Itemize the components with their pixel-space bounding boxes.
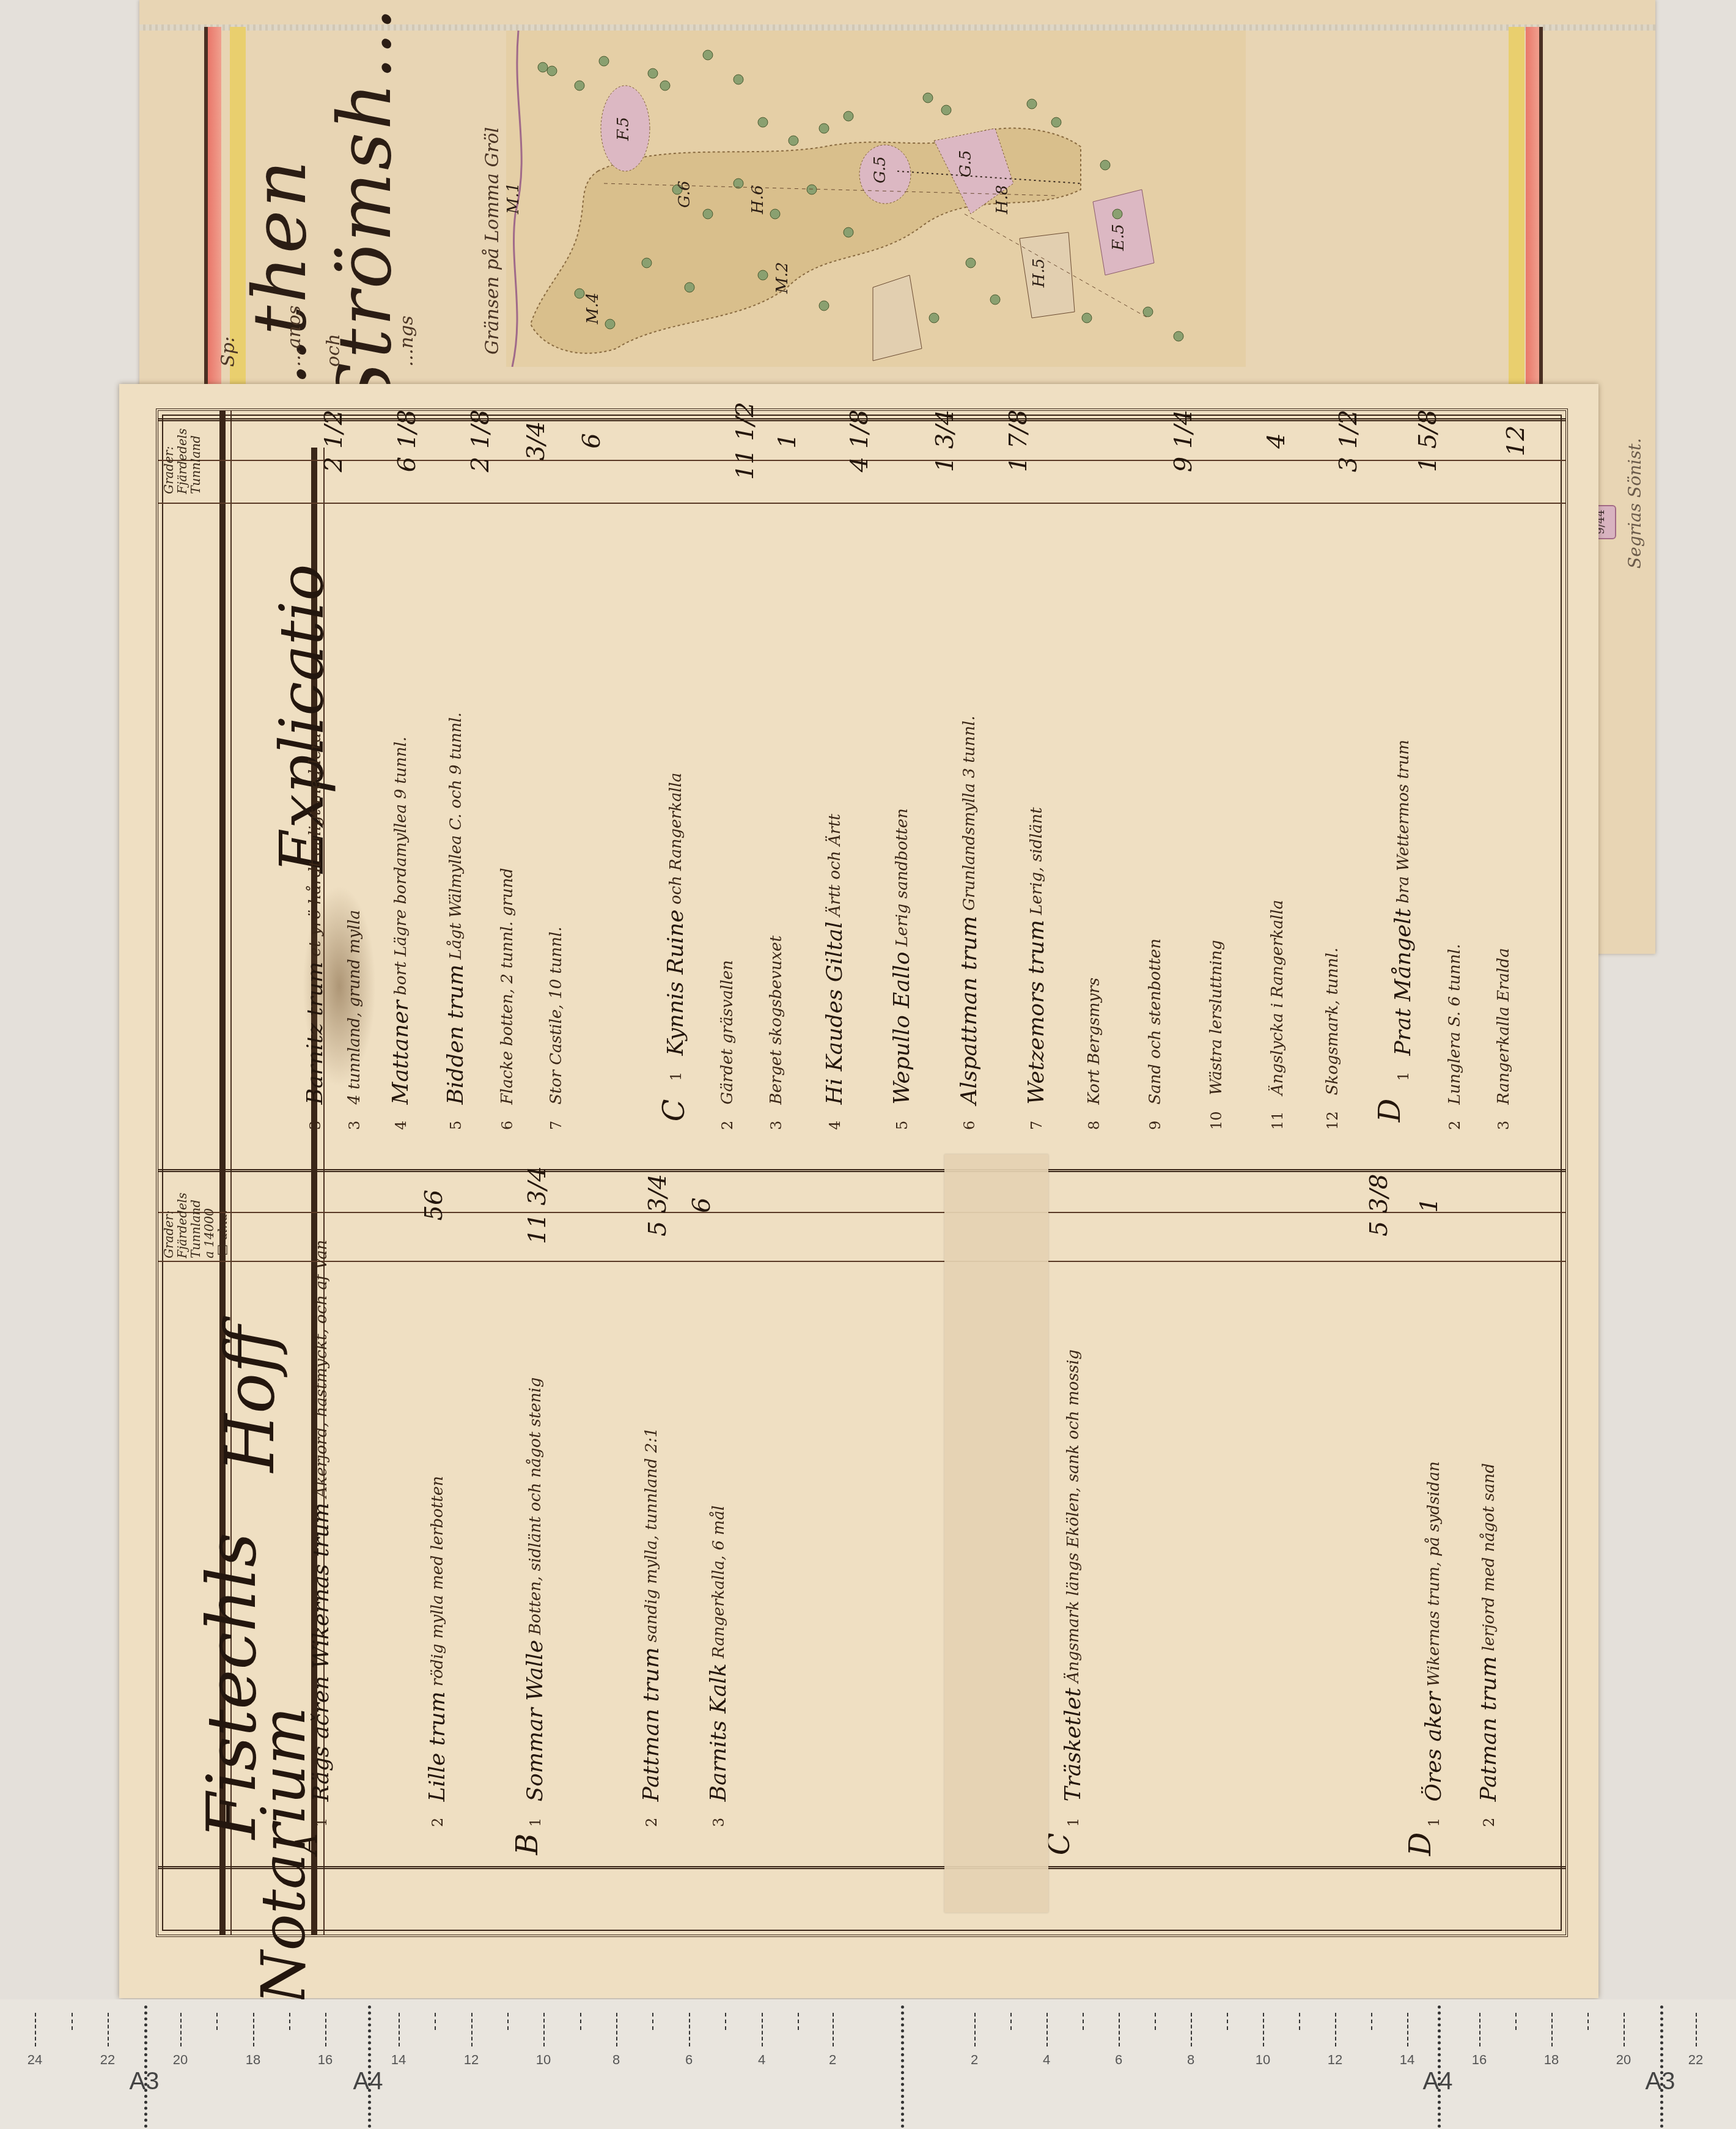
- ruler-tick-label: 14: [391, 2052, 406, 2068]
- ledger-entry: 6 Alspattman trum Grunlandsmylla 3 tunnl…: [957, 470, 982, 1130]
- ruler-tick-label: 4: [758, 2052, 765, 2068]
- svg-text:G.5: G.5: [871, 156, 889, 183]
- ledger-entry: 7 Wetzemors trum Lerig, sidlänt: [1024, 470, 1049, 1130]
- ruler-tick-label: 4: [1043, 2052, 1050, 2068]
- ledger-entry: 5 Wepullo Eallo Lerig sandbotten: [889, 470, 914, 1130]
- ruler-tick-label: 12: [1328, 2052, 1342, 2068]
- svg-text:H.5: H.5: [1030, 259, 1048, 288]
- area-value: 1: [1415, 1197, 1443, 1212]
- ruler-tick-label: 2: [971, 2052, 978, 2068]
- ruler-tick-label: 18: [246, 2052, 260, 2068]
- section-letter-d: D: [1373, 1099, 1407, 1122]
- ledger-entry: 4 Hi Kaudes Giltal Ärtt och Ärtt: [822, 470, 847, 1130]
- ruler-tick-label: 8: [1187, 2052, 1194, 2068]
- map-note: …anos: [284, 281, 305, 367]
- ledger-entry: 3 Berget skogsbevuxet: [767, 470, 785, 1130]
- ledger-entry: 2 Lunglera S. 6 tunnl.: [1446, 470, 1464, 1130]
- map-side-label: Segrias Sönist.: [1625, 422, 1645, 569]
- ruler-tick-label: 16: [318, 2052, 333, 2068]
- area-value: 2 1/8: [466, 410, 495, 473]
- area-value: 1 5/8: [1414, 410, 1442, 473]
- ruler-tick-label: 12: [464, 2052, 479, 2068]
- ledger-entry: 3 Rangerkalla Eralda: [1495, 470, 1513, 1130]
- svg-text:E.5: E.5: [1109, 224, 1128, 251]
- ledger-entry: 2 Patman trum lerjord med något sand: [1476, 1240, 1501, 1827]
- ruler-tick-label: 24: [28, 2052, 42, 2068]
- ruler-tick-label: 14: [1400, 2052, 1414, 2068]
- ruler-size-label: A3: [1646, 2068, 1675, 2095]
- area-value: 5 3/4: [644, 1174, 672, 1237]
- area-value: 56: [420, 1190, 448, 1221]
- ledger-entry: 9 Sand och stenbotten: [1146, 470, 1164, 1130]
- svg-text:G.6: G.6: [675, 180, 694, 208]
- area-value: 1: [773, 433, 801, 448]
- values-row-rule: [158, 1261, 1565, 1262]
- svg-text:F.5: F.5: [614, 117, 633, 141]
- ledger-frame: [156, 408, 1568, 1937]
- area-value: 4: [1262, 433, 1290, 448]
- area-value: 3 1/2: [1334, 410, 1363, 473]
- svg-text:G.5: G.5: [957, 150, 975, 177]
- ruler-tick-label: 8: [612, 2052, 620, 2068]
- section-letter-b: B: [510, 1833, 545, 1854]
- ledger-entry: 3 Barnitz trum et yrö hårdt anligt med l…: [303, 470, 328, 1130]
- ledger-entry: 1 Prat Mångelt bra Wettermos trum: [1391, 470, 1416, 1081]
- ruler-tick-label: 20: [173, 2052, 188, 2068]
- ledger-entry: 2 Lille trum rödig mylla med lerbotten: [425, 1240, 450, 1827]
- ledger-entry: 8 Kort Bergsmyrs: [1085, 470, 1103, 1130]
- area-value: 1 7/8: [1004, 410, 1032, 473]
- paper-repair-patch: [944, 1154, 1048, 1913]
- area-value: 6 1/8: [393, 410, 421, 473]
- right-grades-note: Grader: Fjärdedels Tunnland: [162, 421, 202, 494]
- svg-text:M.4: M.4: [584, 293, 602, 325]
- area-value: 3/4: [522, 421, 550, 460]
- center-mark: [901, 2005, 904, 2128]
- ruler-size-label: A4: [353, 2068, 383, 2095]
- ledger-entry: 11 Ängslycka i Rangerkalla: [1268, 470, 1287, 1130]
- area-value: 2 1/2: [320, 410, 348, 473]
- ledger-entry: 2 Pattman trum sandig mylla, tunnland 2:…: [639, 1240, 664, 1827]
- a4-mark: [1438, 2005, 1441, 2128]
- ruler-tick-label: 10: [536, 2052, 551, 2068]
- map-drawing: M.1 F.5 G.5 H.6 G.6 G.5 H.5 H.8 M.2 M.4 …: [506, 31, 1246, 367]
- map-note-boundary: Gränsen på Lomma Gröl: [482, 37, 503, 355]
- a3-mark: [144, 2005, 147, 2128]
- ledger-entry: 2 Gärdet gräsvallen: [718, 470, 737, 1130]
- ruler-tick-label: 10: [1256, 2052, 1270, 2068]
- ledger-entry: 5 Bidden trum Lågt Wälmyllea C. och 9 tu…: [443, 470, 468, 1130]
- ledger-entry: 4 Mattaner bort Lägre bordamyllea 9 tunn…: [388, 470, 413, 1130]
- ledger-entry: 3 4 tunnland, grund mylla: [345, 470, 364, 1130]
- ledger-entry: 1 Öres aker Wikernas trum, på sydsidan: [1421, 1240, 1446, 1827]
- svg-text:H.6: H.6: [749, 185, 767, 215]
- ledger-entry: 3 Barnits Kalk Rangerkalla, 6 mål: [706, 1240, 731, 1827]
- ledger-entry: 10 Wästra lersluttning: [1207, 470, 1226, 1130]
- area-value: 11 1/2: [731, 402, 759, 480]
- a4-mark: [368, 2005, 371, 2128]
- svg-text:M.2: M.2: [773, 262, 792, 294]
- ledger-entry: 1 Kynnis Ruine och Rangerkalla: [663, 470, 688, 1081]
- area-value: 4 1/8: [845, 410, 874, 473]
- ledger-entry: 1 Rägs ačren Wikernas trum Åkerjord, häs…: [309, 1240, 334, 1827]
- values-row-rule: [158, 1212, 1565, 1213]
- area-value: 9 1/4: [1169, 410, 1197, 473]
- ledger-entry: 6 Flacke botten, 2 tunnl. grund: [498, 470, 517, 1130]
- area-value: 11 3/4: [523, 1166, 551, 1244]
- ruler-tick-label: 22: [1688, 2052, 1703, 2068]
- map-note: …ngs: [396, 281, 417, 367]
- a3-mark: [1660, 2005, 1663, 2128]
- map-note: och: [323, 306, 344, 367]
- section-letter-a: A: [290, 1834, 324, 1855]
- ruler-tick-label: 18: [1544, 2052, 1559, 2068]
- map-note: Sp:: [218, 293, 239, 367]
- area-value: 5 3/8: [1365, 1174, 1393, 1237]
- left-grades-note: Grader: Fjärdedels Tunnland a 14000 □ al…: [162, 1173, 229, 1258]
- bottom-rule: [158, 1866, 1565, 1869]
- ruler-tick-label: 2: [829, 2052, 836, 2068]
- ledger-entry: 12 Skogsmark, tunnl.: [1323, 470, 1342, 1130]
- ledger-entry: 1 Sommar Walle Botten, sidlänt och något…: [523, 1240, 548, 1827]
- ruler-tick-label: 6: [1115, 2052, 1122, 2068]
- section-letter-d: D: [1403, 1832, 1438, 1856]
- svg-text:M.1: M.1: [506, 183, 523, 215]
- section-letter-c: C: [657, 1099, 691, 1122]
- ruler-size-label: A3: [130, 2068, 160, 2095]
- svg-text:H.8: H.8: [993, 185, 1012, 215]
- values-row-rule: [158, 503, 1565, 504]
- ruler-tick-label: 22: [100, 2052, 115, 2068]
- ruler-tick-label: 6: [685, 2052, 693, 2068]
- ruler-tick-label: 16: [1472, 2052, 1487, 2068]
- ruler-tick-label: 20: [1616, 2052, 1631, 2068]
- area-value: 12: [1502, 426, 1530, 457]
- half-divider-rule: [158, 1169, 1565, 1172]
- area-value: 6: [578, 433, 606, 448]
- ledger-sheet: Hoff Explicatio Fistechls Notarium Grade…: [119, 384, 1598, 1998]
- measurement-ruler: 24 22 A3 20 18 16 A4 14 12 10 8 6 4 2 2 …: [0, 1999, 1736, 2129]
- ledger-entry: 7 Stor Castile, 10 tunnl.: [547, 470, 565, 1130]
- ruler-size-label: A4: [1423, 2068, 1453, 2095]
- area-value: 1 3/4: [931, 410, 959, 473]
- area-value: 6: [688, 1197, 716, 1212]
- ledger-entry: 1 Träsketlet Ängsmark längs Ekölen, sank…: [1061, 1240, 1086, 1827]
